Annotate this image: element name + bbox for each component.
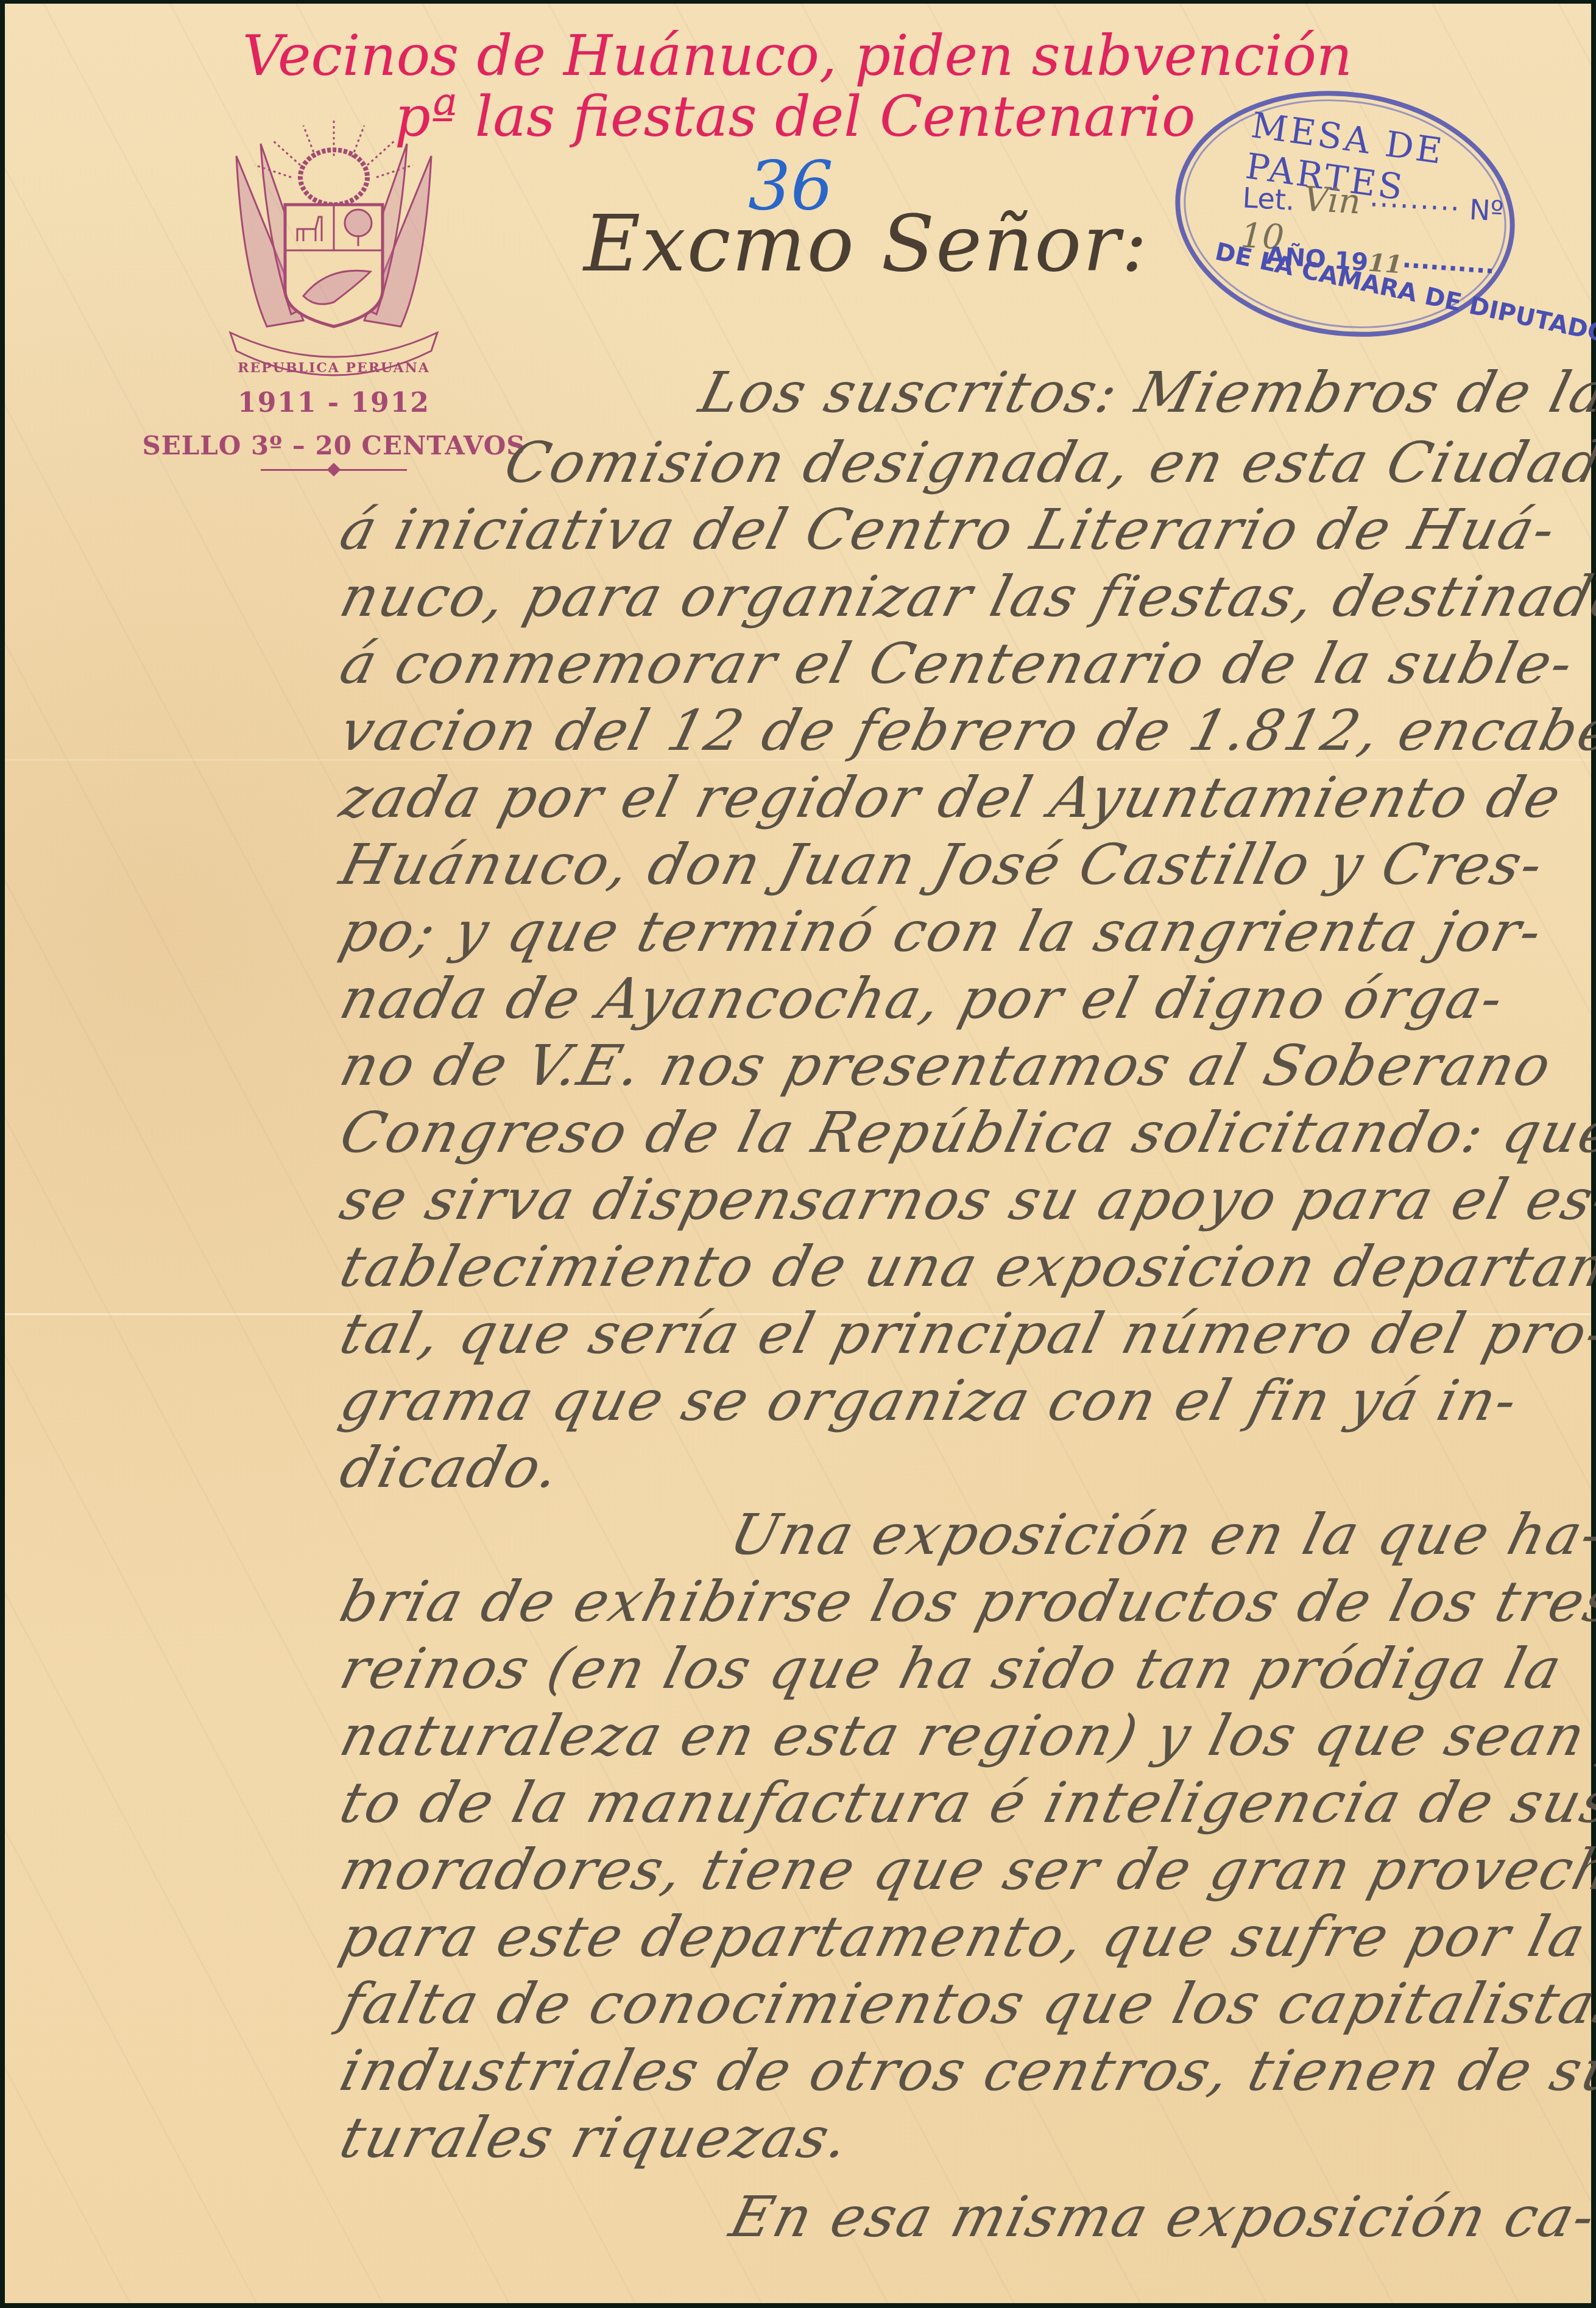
- letter-line: bria de exhibirse los productos de los t…: [334, 1569, 1596, 1634]
- letter-line: falta de conocimientos que los capitalis…: [334, 1971, 1596, 2036]
- stamp-no-label: Nº: [1469, 193, 1505, 228]
- letter-line: vacion del 12 de febrero de 1.812, encab…: [334, 698, 1596, 763]
- stamp-let-value: Vin: [1303, 180, 1362, 222]
- mesa-de-partes-stamp: MESA DE PARTES Let. Vin ········· Nº 10 …: [1174, 92, 1516, 336]
- letter-line: á iniciativa del Centro Literario de Huá…: [334, 497, 1564, 562]
- stamped-paper-seal: REPUBLICA PERUANA 1911 - 1912 SELLO 3º –…: [139, 119, 529, 471]
- seal-ornament-rule: [261, 469, 407, 471]
- letter-line: Congreso de la República solicitando: qu…: [334, 1100, 1596, 1165]
- letter-line: zada por el regidor del Ayuntamiento de: [334, 765, 1569, 830]
- seal-value: SELLO 3º – 20 CENTAVOS: [139, 431, 529, 461]
- red-annotation-line-1: Vecinos de Huánuco, piden subvención: [242, 28, 1352, 84]
- letter-line: to de la manufactura é inteligencia de s…: [334, 1770, 1596, 1835]
- letter-line: Una exposición en la que ha-: [724, 1502, 1596, 1567]
- stamp-let-label: Let.: [1241, 181, 1295, 216]
- letter-line: reinos (en los que ha sido tan pródiga l…: [334, 1636, 1569, 1701]
- letter-line: tablecimiento de una exposicion departam…: [334, 1234, 1596, 1299]
- letter-line: Los suscritos: Miembros de la: [693, 360, 1596, 425]
- letter-line: grama que se organiza con el fin yá in-: [334, 1368, 1525, 1433]
- letter-line: Huánuco, don Juan José Castillo y Cres-: [334, 832, 1551, 897]
- letter-line: se sirva dispensarnos su apoyo para el e…: [334, 1167, 1596, 1232]
- letter-line: po; y que terminó con la sangrienta jor-: [334, 899, 1550, 964]
- letter-line: dicado.: [334, 1435, 568, 1500]
- letter-line: industriales de otros centros, tienen de…: [334, 2038, 1596, 2103]
- peru-coat-of-arms-icon: [194, 119, 474, 381]
- letter-line: turales riquezas.: [334, 2105, 857, 2170]
- letter-line: no de V.E. nos presentamos al Soberano: [334, 1033, 1559, 1098]
- letter-line: En esa misma exposición ca-: [724, 2184, 1596, 2250]
- seal-years: 1911 - 1912: [139, 387, 529, 418]
- letter-line: nuco, para organizar las fiestas, destin…: [334, 564, 1596, 629]
- letter-line: nada de Ayancocha, por el digno órga-: [334, 966, 1511, 1031]
- letter-salutation: Excmo Señor:: [584, 199, 1149, 289]
- letter-line: á conmemorar el Centenario de la suble-: [334, 631, 1581, 696]
- letter-line: moradores, tiene que ser de gran provech…: [334, 1837, 1596, 1902]
- document-page: Vecinos de Huánuco, piden subvención pª …: [5, 4, 1591, 2303]
- seal-banner-text: REPUBLICA PERUANA: [139, 360, 529, 376]
- letter-line: para este departamento, que sufre por la: [334, 1904, 1593, 1969]
- letter-line: tal, que sería el principal número del p…: [334, 1301, 1596, 1366]
- letter-line: Comision designada, en esta Ciudad,: [498, 430, 1596, 495]
- letter-line: naturaleza en esta region) y los que sea…: [334, 1703, 1596, 1768]
